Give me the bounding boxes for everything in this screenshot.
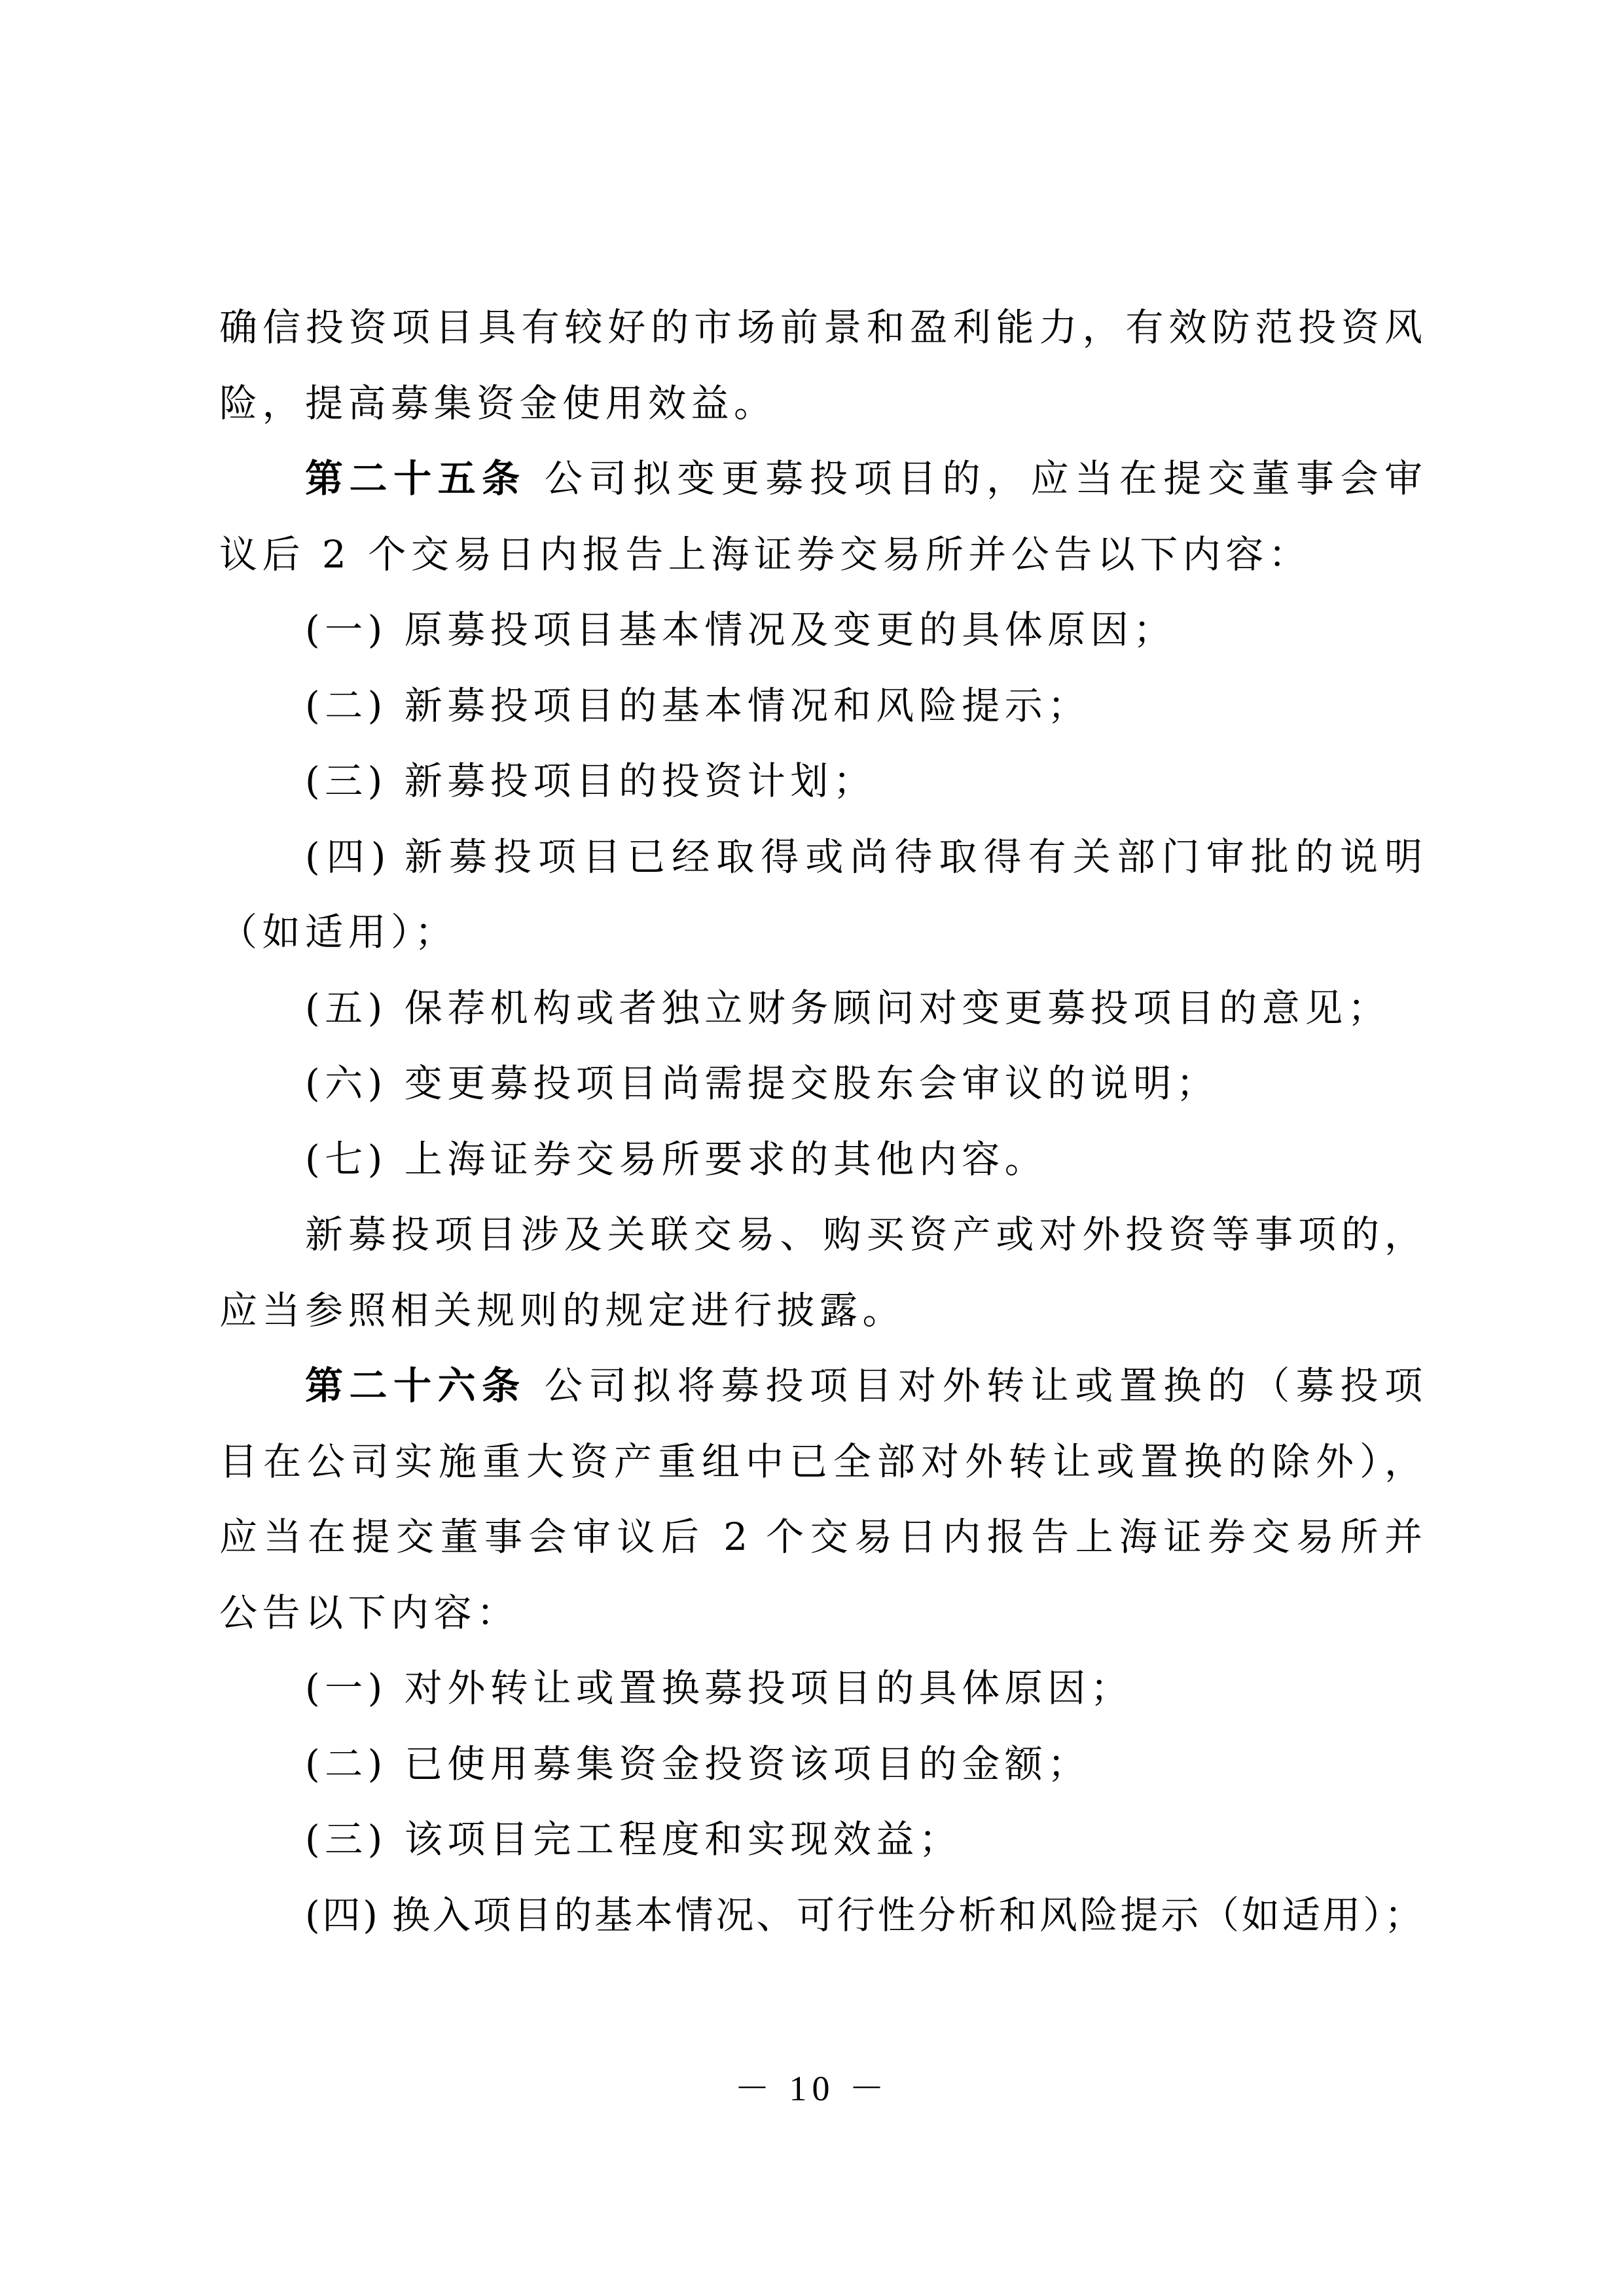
article-25-text: 公司拟变更募投项目的，应当在提交董事会审 (545, 456, 1422, 501)
note-line: 应当参照相关规则的规定进行披露。 (219, 1273, 1422, 1349)
paragraph-line: 议后 2 个交易日内报告上海证券交易所并公告以下内容： (219, 517, 1422, 593)
list-item: (一) 对外转让或置换募投项目的具体原因； (219, 1651, 1422, 1727)
list-item: (六) 变更募投项目尚需提交股东会审议的说明； (219, 1046, 1422, 1122)
document-body: 确信投资项目具有较好的市场前景和盈利能力，有效防范投资风 险，提高募集资金使用效… (219, 290, 1422, 1953)
list-item: (三) 该项目完工程度和实现效益； (219, 1802, 1422, 1878)
article-26-text: 公司拟将募投项目对外转让或置换的（募投项 (545, 1363, 1422, 1408)
list-item: (一) 原募投项目基本情况及变更的具体原因； (219, 592, 1422, 668)
paragraph-line: 目在公司实施重大资产重组中已全部对外转让或置换的除外）， (219, 1424, 1422, 1500)
list-item: (三) 新募投项目的投资计划； (219, 744, 1422, 819)
list-item: (四) 新募投项目已经取得或尚待取得有关部门审批的说明 (219, 819, 1422, 895)
page-number: － 10 － (0, 2060, 1624, 2111)
article-25-heading: 第二十五条 (305, 456, 526, 501)
note-line: 新募投项目涉及关联交易、购买资产或对外投资等事项的， (219, 1197, 1422, 1273)
article-26-heading: 第二十六条 (305, 1363, 526, 1408)
list-item-continuation: （如适用）； (219, 895, 1422, 971)
list-item: (四) 换入项目的基本情况、可行性分析和风险提示（如适用）； (219, 1878, 1422, 1954)
list-item: (二) 新募投项目的基本情况和风险提示； (219, 668, 1422, 744)
paragraph-line: 确信投资项目具有较好的市场前景和盈利能力，有效防范投资风 (219, 290, 1422, 366)
document-page: 确信投资项目具有较好的市场前景和盈利能力，有效防范投资风 险，提高募集资金使用效… (0, 0, 1624, 2296)
list-item: (二) 已使用募集资金投资该项目的金额； (219, 1727, 1422, 1803)
paragraph-line: 险，提高募集资金使用效益。 (219, 366, 1422, 442)
list-item: (七) 上海证券交易所要求的其他内容。 (219, 1122, 1422, 1198)
list-item: (五) 保荐机构或者独立财务顾问对变更募投项目的意见； (219, 971, 1422, 1047)
article-26-first-line: 第二十六条 公司拟将募投项目对外转让或置换的（募投项 (219, 1348, 1422, 1424)
paragraph-line: 应当在提交董事会审议后 2 个交易日内报告上海证券交易所并 (219, 1499, 1422, 1575)
paragraph-line: 公告以下内容： (219, 1575, 1422, 1651)
article-25-first-line: 第二十五条 公司拟变更募投项目的，应当在提交董事会审 (219, 441, 1422, 517)
